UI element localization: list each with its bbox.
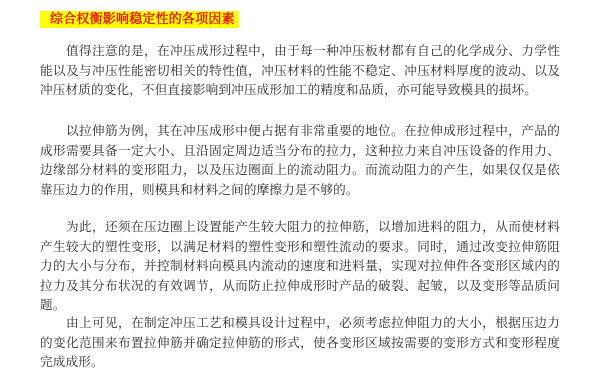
paragraph-conclusion: 由上可见，在制定冲压工艺和模具设计过程中，必须考虑拉伸阻力的大小，根据压边力的变… — [40, 313, 560, 372]
section-title: 综合权衡影响稳定性的各项因素 — [40, 11, 239, 28]
paragraph-draw-bead-setup: 为此，还须在压边圈上设置能产生较大阻力的拉伸筋，以增加进料的阻力，从而使材料产生… — [40, 217, 560, 315]
paragraph-material-variation: 值得注意的是，在冲压成形过程中，由于每一种冲压板材都有自己的化学成分、力学性能以… — [40, 41, 560, 100]
paragraph-draw-bead-example: 以拉伸筋为例，其在冲压成形中便占据有非常重要的地位。在拉伸成形过程中，产品的成形… — [40, 121, 560, 199]
